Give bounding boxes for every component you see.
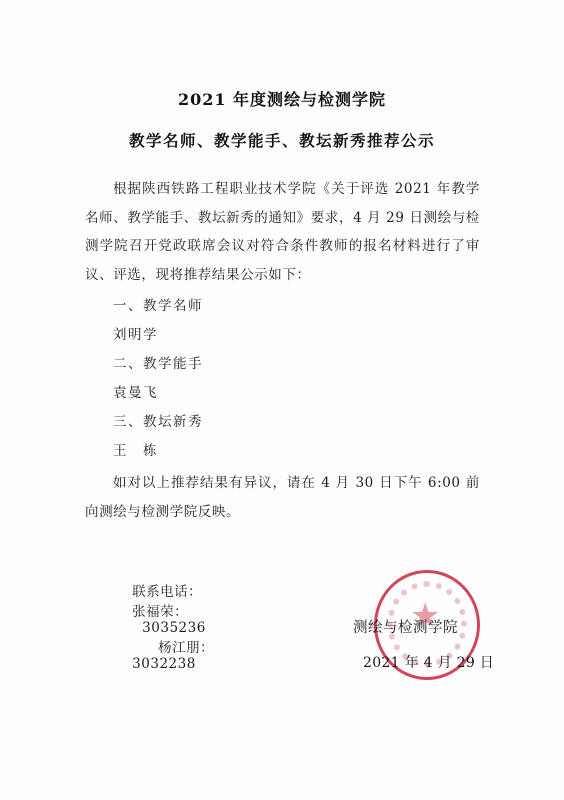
document-title: 2021 年度测绘与检测学院: [0, 87, 564, 110]
signature-date: 2021 年 4 月 29 日: [363, 652, 494, 672]
document-page: 2021 年度测绘与检测学院 教学名师、教学能手、教坛新秀推荐公示 根据陕西铁路…: [0, 0, 564, 800]
section-heading-3: 三、教坛新秀: [113, 410, 203, 430]
section-name-1: 刘明学: [113, 323, 158, 343]
contact-person2-phone: 3032238: [132, 656, 196, 672]
contact-person1-name: 张福荣：: [132, 600, 188, 620]
section-name-3: 王 栋: [113, 439, 158, 459]
signature-organization: 测绘与检测学院: [353, 616, 458, 637]
objection-paragraph: 如对以上推荐结果有异议，请在 4 月 30 日下午 6:00 前向测绘与检测学院…: [85, 469, 480, 526]
body-paragraph: 根据陕西铁路工程职业技术学院《关于评选 2021 年教学名师、教学能手、教坛新秀…: [85, 175, 480, 290]
section-heading-1: 一、教学名师: [113, 294, 203, 314]
contact-label: 联系电话：: [132, 580, 202, 600]
document-subtitle: 教学名师、教学能手、教坛新秀推荐公示: [0, 129, 564, 151]
section-name-2: 袁曼飞: [113, 381, 158, 401]
contact-person1-phone: 3035236: [142, 620, 206, 636]
section-heading-2: 二、教学能手: [113, 352, 203, 372]
contact-person2-name: 杨江朋：: [158, 636, 214, 656]
contact-line: 联系电话： 张福荣： 3035236 杨江朋： 3032238: [113, 564, 214, 688]
